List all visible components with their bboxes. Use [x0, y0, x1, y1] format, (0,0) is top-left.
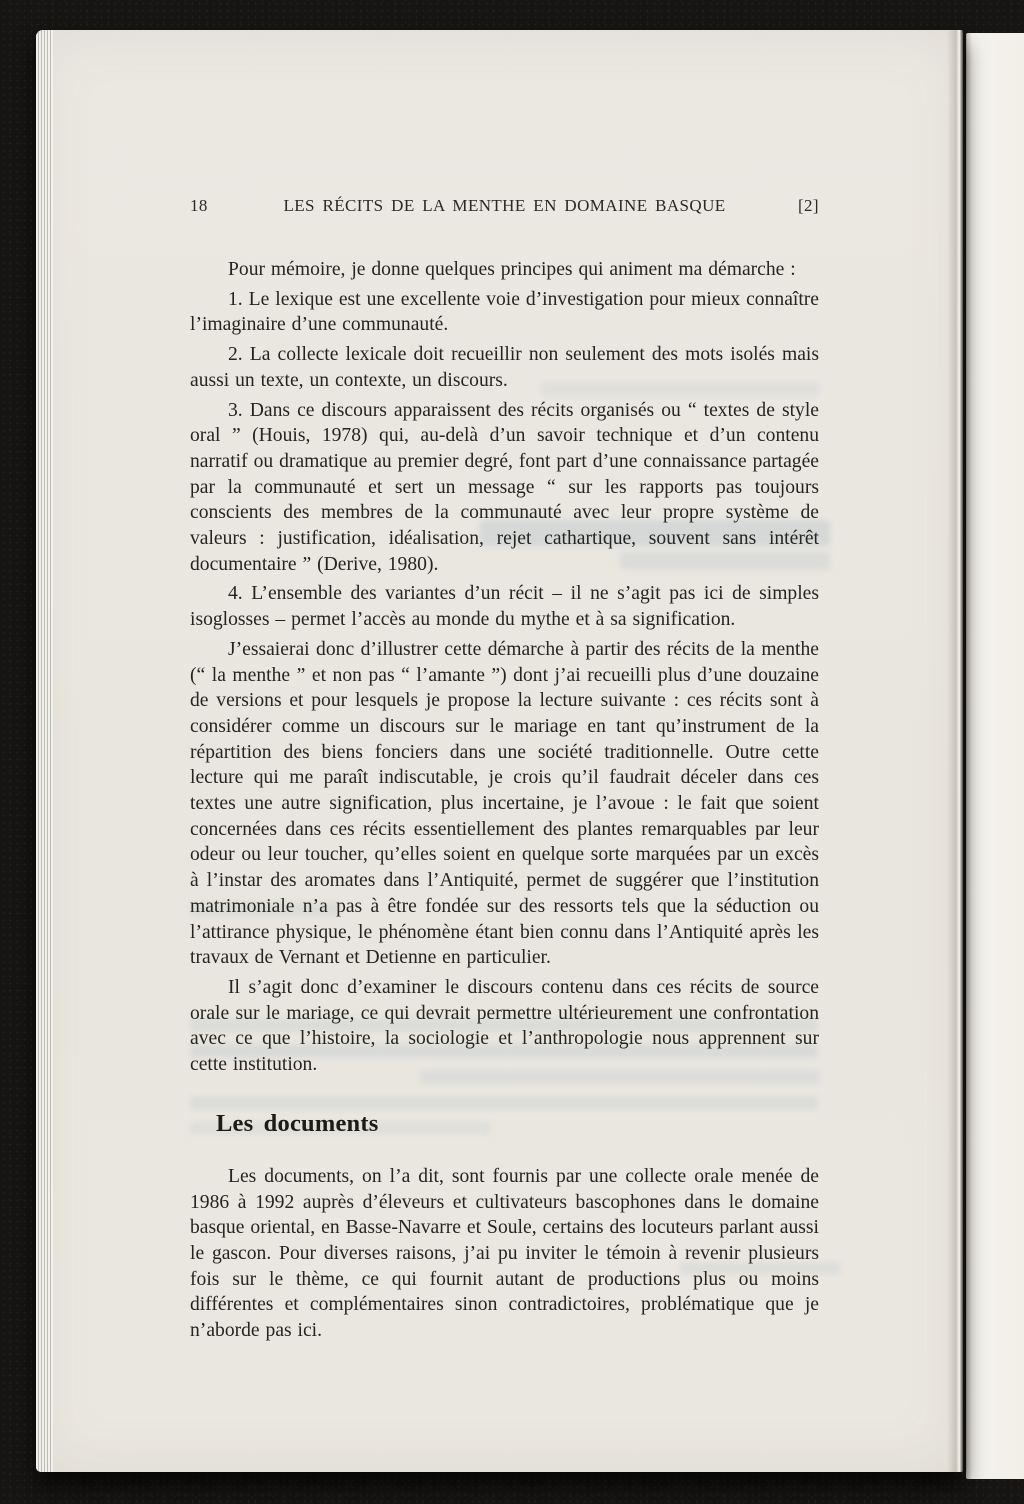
paragraph-examen: Il s’agit donc d’examiner le discours co…	[190, 975, 819, 1078]
spine-crease	[947, 30, 967, 1472]
paragraph-principle-2: 2. La collecte lexicale doit recueillir …	[190, 342, 819, 393]
paragraph-principle-1: 1. Le lexique est une excellente voie d’…	[190, 287, 819, 338]
paragraph-principle-3: 3. Dans ce discours apparaissent des réc…	[190, 398, 819, 578]
page-number: 18	[190, 196, 260, 216]
section-heading: Les documents	[190, 1110, 819, 1138]
book-page: 18 LES RÉCITS DE LA MENTHE EN DOMAINE BA…	[36, 30, 963, 1472]
paragraph-demarche: J’essaierai donc d’illustrer cette démar…	[190, 637, 819, 971]
paragraph-intro: Pour mémoire, je donne quelques principe…	[190, 257, 819, 283]
running-title: LES RÉCITS DE LA MENTHE EN DOMAINE BASQU…	[260, 196, 749, 216]
page-stack-edges	[36, 30, 53, 1472]
paragraph-documents: Les documents, on l’a dit, sont fournis …	[190, 1164, 819, 1344]
column-reference: [2]	[749, 196, 819, 216]
paragraph-principle-4: 4. L’ensemble des variantes d’un récit –…	[190, 581, 819, 632]
running-header: 18 LES RÉCITS DE LA MENTHE EN DOMAINE BA…	[190, 196, 819, 216]
page-content: 18 LES RÉCITS DE LA MENTHE EN DOMAINE BA…	[190, 196, 819, 1348]
facing-page-edge	[966, 33, 1024, 1479]
